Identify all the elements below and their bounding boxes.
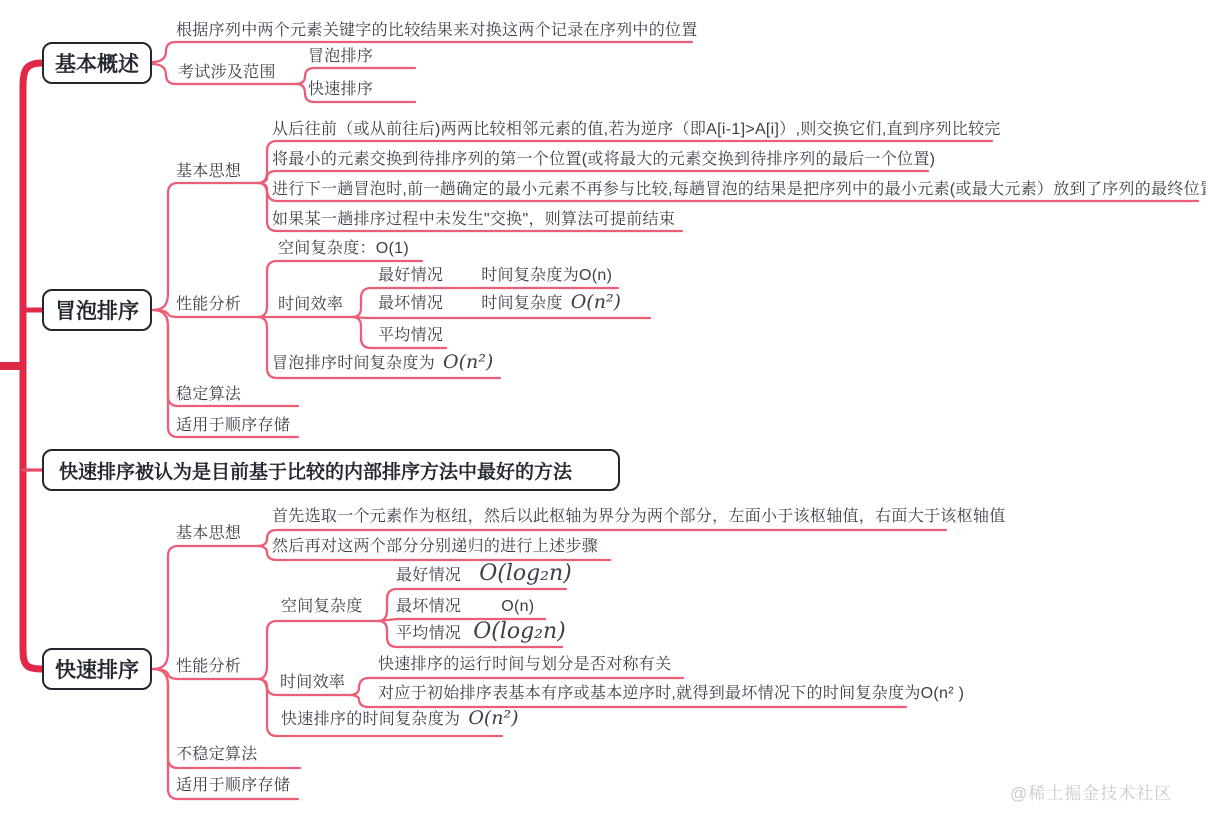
case-formula: O(n²) <box>571 293 621 312</box>
node-bubble-storage[interactable]: 适用于顺序存储 <box>176 416 290 435</box>
case-value: 时间复杂度 <box>481 294 563 313</box>
node-exam-bubble[interactable]: 冒泡排序 <box>308 47 373 66</box>
node-bubble-idea-label[interactable]: 基本思想 <box>176 162 241 181</box>
case-value: 时间复杂度为O(n) <box>481 266 612 285</box>
node-quick-idea-1[interactable]: 首先选取一个元素作为枢纽，然后以此枢轴为界分为两个部分，左面小于该枢轴值，右面大… <box>272 507 1006 526</box>
node-bubble-idea-2[interactable]: 将最小的元素交换到待排序列的第一个位置(或将最大的元素交换到待排序列的最后一个位… <box>272 150 935 169</box>
node-quick-perf-label[interactable]: 性能分析 <box>176 657 241 676</box>
node-bubble-idea-3[interactable]: 进行下一趟冒泡时,前一趟确定的最小元素不再参与比较,每趟冒泡的结果是把序列中的最… <box>272 180 1206 199</box>
node-quick-summary[interactable]: 快速排序的时间复杂度为 O(n²) <box>281 709 519 729</box>
case-name: 最好情况 <box>378 266 443 285</box>
topic-bubble-sort[interactable]: 冒泡排序 <box>42 289 152 331</box>
node-exam-scope[interactable]: 考试涉及范围 <box>178 63 276 82</box>
node-quick-time-2[interactable]: 对应于初始排序表基本有序或基本逆序时,就得到最坏情况下的时间复杂度为O(n² ) <box>378 684 964 703</box>
connector-quick-space <box>258 621 378 679</box>
node-exam-quick[interactable]: 快速排序 <box>308 80 373 99</box>
node-quick-idea-2[interactable]: 然后再对这两个部分分别递归的进行上述步骤 <box>272 537 598 556</box>
node-bubble-space[interactable]: 空间复杂度：O(1) <box>278 239 409 258</box>
node-bubble-best-case[interactable]: 最好情况 时间复杂度为O(n) <box>378 266 612 285</box>
mindmap-canvas: 基本概述 冒泡排序 快速排序被认为是目前基于比较的内部排序方法中最好的方法 快速… <box>0 0 1206 821</box>
node-bubble-time-label[interactable]: 时间效率 <box>278 295 343 314</box>
connector-bubble-worst <box>352 317 650 318</box>
node-bubble-avg-case[interactable]: 平均情况 <box>378 326 443 345</box>
node-bubble-summary[interactable]: 冒泡排序时间复杂度为 O(n²) <box>272 353 493 373</box>
case-value: O(n) <box>501 597 534 616</box>
node-quick-storage[interactable]: 适用于顺序存储 <box>176 776 290 795</box>
node-bubble-idea-1[interactable]: 从后往前（或从前往后)两两比较相邻元素的值,若为逆序（即A[i-1]>A[i]）… <box>272 120 1001 139</box>
node-quick-space-label[interactable]: 空间复杂度 <box>281 597 363 616</box>
node-quick-time-1[interactable]: 快速排序的运行时间与划分是否对称有关 <box>378 655 671 674</box>
node-definition[interactable]: 根据序列中两个元素关键字的比较结果来对换这两个记录在序列中的位置 <box>176 21 698 40</box>
case-formula: O(log₂n) <box>479 564 572 583</box>
case-name: 平均情况 <box>396 624 461 643</box>
spine-vertical <box>23 63 42 669</box>
summary-text: 快速排序的时间复杂度为 <box>281 710 460 729</box>
node-quick-time-label[interactable]: 时间效率 <box>280 673 345 692</box>
case-formula: O(log₂n) <box>473 622 566 641</box>
summary-formula: O(n²) <box>443 353 493 372</box>
node-bubble-perf-label[interactable]: 性能分析 <box>176 295 241 314</box>
node-quick-idea-label[interactable]: 基本思想 <box>176 524 241 543</box>
node-quick-space-avg[interactable]: 平均情况 O(log₂n) <box>396 622 566 643</box>
topic-quick-sort-note[interactable]: 快速排序被认为是目前基于比较的内部排序方法中最好的方法 <box>42 449 620 491</box>
connector-quick-idea <box>153 546 258 669</box>
node-quick-space-best[interactable]: 最好情况 O(log₂n) <box>396 564 572 585</box>
node-bubble-stable[interactable]: 稳定算法 <box>176 385 241 404</box>
summary-text: 冒泡排序时间复杂度为 <box>272 354 435 373</box>
topic-quick-sort[interactable]: 快速排序 <box>42 648 152 690</box>
node-bubble-idea-4[interactable]: 如果某一趟排序过程中未发生"交换"，则算法可提前结束 <box>272 210 675 229</box>
case-name: 最好情况 <box>396 566 461 585</box>
node-quick-unstable[interactable]: 不稳定算法 <box>176 745 258 764</box>
node-quick-space-worst[interactable]: 最坏情况 O(n) <box>396 597 534 616</box>
case-name: 最坏情况 <box>396 597 461 616</box>
case-name: 最坏情况 <box>378 294 443 313</box>
summary-formula: O(n²) <box>468 709 518 728</box>
connector-definition <box>152 42 692 62</box>
watermark: @稀土掘金技术社区 <box>1010 779 1172 804</box>
node-bubble-worst-case[interactable]: 最坏情况 时间复杂度 O(n²) <box>378 293 621 313</box>
connector-bubble-idea <box>153 183 258 310</box>
topic-basic-overview[interactable]: 基本概述 <box>42 42 152 84</box>
